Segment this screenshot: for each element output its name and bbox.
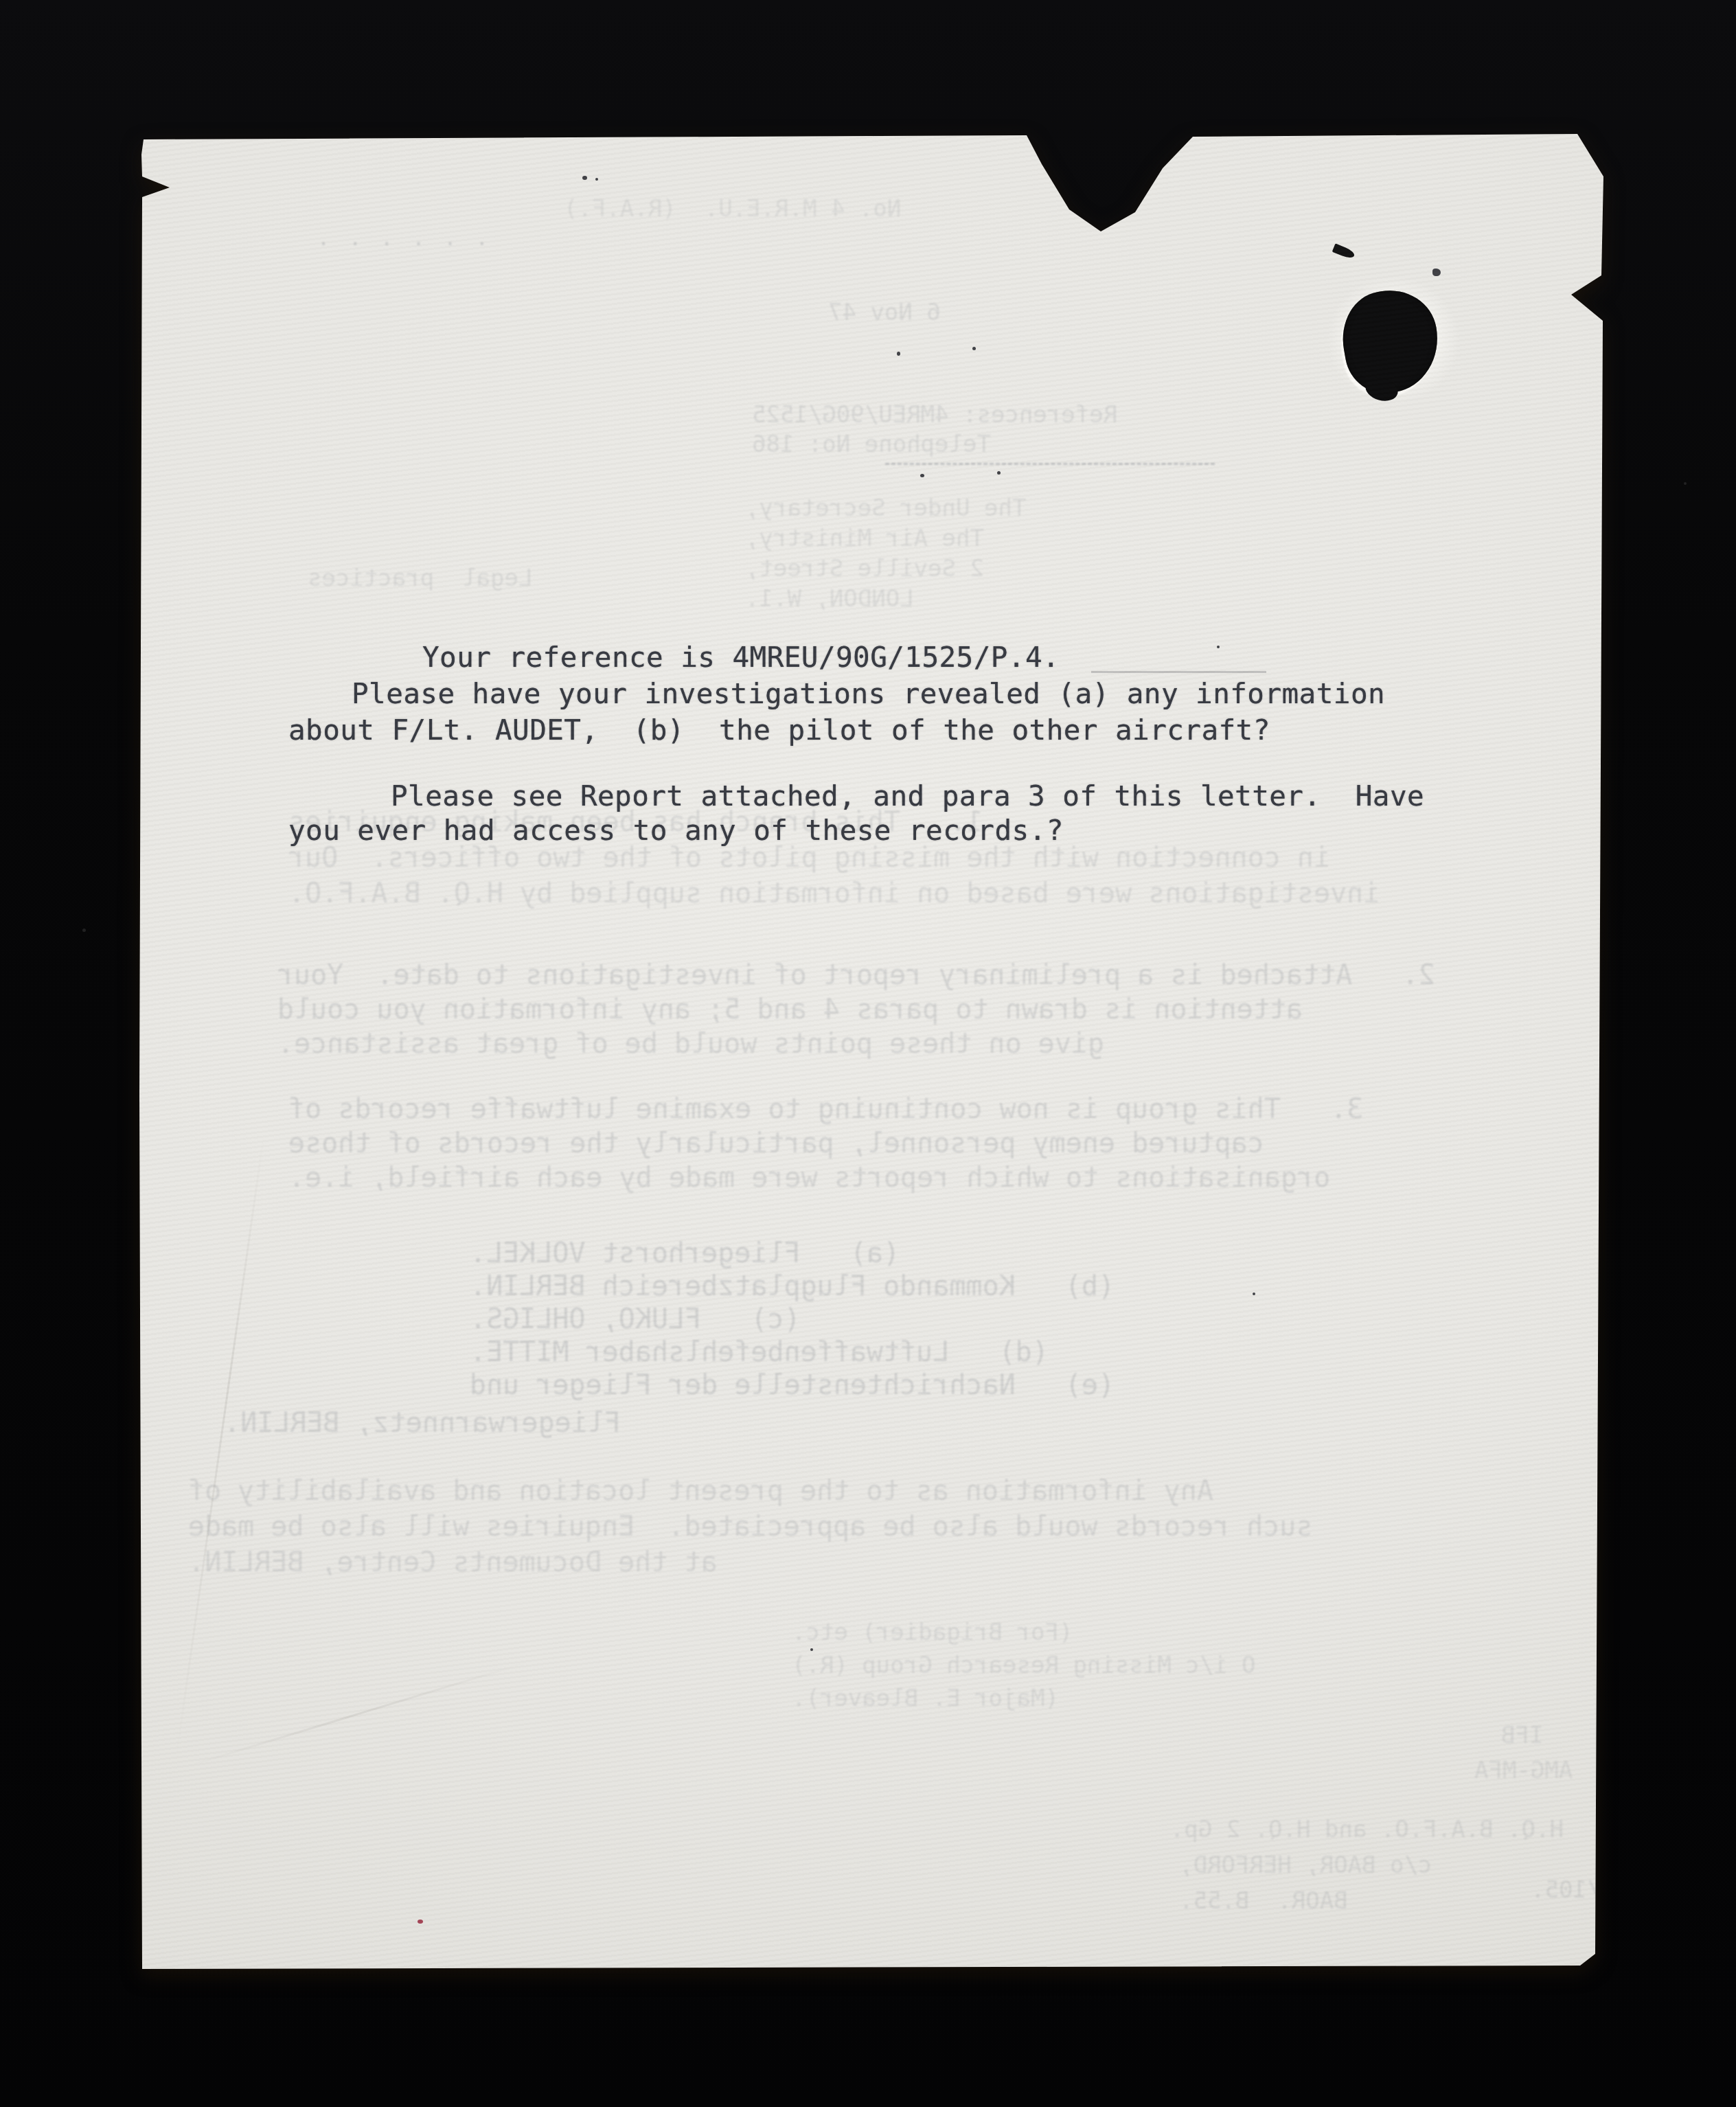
paper-speck <box>1432 269 1441 276</box>
paper-speck <box>810 1648 813 1651</box>
letter-page: No. 4 M.R.E.U. (R.A.F.) . . . . . . 6 No… <box>137 134 1604 1972</box>
bleedthrough-line: (Major E. Bleaver). <box>792 1687 1272 1710</box>
bleedthrough-line: such records would also be appreciated. … <box>188 1513 1459 1540</box>
bleedthrough-line: organisations to which reports were made… <box>288 1164 1490 1192</box>
red-ink-speck <box>418 1920 423 1924</box>
bleedthrough-line: give on these points would be of great a… <box>277 1030 1479 1058</box>
bleedthrough-line: Legal practices <box>308 567 733 590</box>
paper-crease <box>185 1661 527 1768</box>
bleedthrough-line: BAOR. B.55. <box>1179 1889 1564 1913</box>
typed-line: Please see Report attached, and para 3 o… <box>391 782 1424 810</box>
bleedthrough-line: 6 Nov 47 <box>828 301 1254 324</box>
bleedthrough-list-item: Fliegerwarnnetz, BERLIN. <box>224 1409 773 1437</box>
paper-speck <box>582 176 587 180</box>
bleedthrough-line: 3. This group is now continuing to exami… <box>288 1095 1490 1123</box>
bleedthrough-line: References: 4MREU/90G/1525 <box>752 403 1178 426</box>
paper-crease <box>175 1132 265 1758</box>
bleedthrough-list-item: (c) FLUKO, OHLIGS. <box>470 1306 1259 1333</box>
bleedthrough-line: AMG-MFA <box>1474 1759 1625 1782</box>
bleedthrough-line: 2 Seville Street, <box>745 557 1171 580</box>
paper-speck <box>897 352 900 356</box>
bleedthrough-underline <box>885 463 1215 465</box>
typed-line: about F/Lt. AUDET, (b) the pilot of the … <box>288 716 1270 744</box>
paper-speck <box>595 178 598 181</box>
bleedthrough-line: Any information as to the present locati… <box>188 1477 1459 1505</box>
bleedthrough-line: The Under Secretary, <box>745 497 1171 520</box>
scratch-mark <box>1091 671 1266 673</box>
photograph-backdrop: No. 4 M.R.E.U. (R.A.F.) . . . . . . 6 No… <box>0 0 1736 2107</box>
paper-speck <box>1253 1292 1255 1295</box>
paper-speck <box>972 347 976 350</box>
bleedthrough-line: O i/c Missing Research Group (R.) <box>792 1654 1272 1677</box>
paper-shadow-wrap: No. 4 M.R.E.U. (R.A.F.) . . . . . . 6 No… <box>0 0 1736 2107</box>
bleedthrough-line: attention is drawn to paras 4 and 5; any… <box>277 996 1479 1023</box>
bleedthrough-line: (For Brigadier) etc. <box>792 1621 1272 1644</box>
typed-line: Please have your investigations revealed… <box>352 680 1385 708</box>
bleedthrough-list-item: (b) Kommando Flugplatzbereich BERLIN. <box>470 1273 1259 1300</box>
bleedthrough-line: LONDON, W.1. <box>745 587 1171 611</box>
bleedthrough-line: at the Documents Centre, BERLIN. <box>188 1549 1459 1576</box>
bleedthrough-line: The Air Ministry, <box>745 527 1171 550</box>
bleedthrough-line: c/o BAOR, HERFORD, <box>1179 1854 1564 1877</box>
bleedthrough-list-item: (e) Nachrichtenstelle der Flieger und <box>470 1371 1259 1399</box>
typed-line: you ever had access to any of these reco… <box>288 817 1064 845</box>
bleedthrough-line: . . . . . . <box>314 229 534 249</box>
typed-line-reference: Your reference is 4MREU/90G/1525/P.4. <box>422 644 1060 672</box>
bleedthrough-line: Telephone No: 186 <box>752 433 1178 456</box>
bleedthrough-line: investigations were based on information… <box>288 880 1490 907</box>
bleedthrough-line: IFB <box>1501 1724 1604 1747</box>
bleedthrough-list-item: (d) Luftwaffenbefehlshaber MITTE. <box>470 1339 1259 1366</box>
bleedthrough-line: /105. <box>1531 1878 1620 1902</box>
bleedthrough-line: No. 4 M.R.E.U. (R.A.F.) <box>564 197 990 220</box>
bleedthrough-line: captured enemy personnel, particularly t… <box>288 1130 1490 1157</box>
bleedthrough-list-item: (a) Fliegerhorst VOLKEL. <box>470 1240 1259 1267</box>
paper-speck <box>997 471 1001 475</box>
bleedthrough-line: 2. Attached is a preliminary report of i… <box>277 961 1479 989</box>
paper-speck <box>1217 646 1220 648</box>
bleedthrough-line: in connection with the missing pilots of… <box>288 844 1490 872</box>
bleedthrough-line: H.Q. B.A.F.O. and H.Q. 2 Gp. <box>1179 1818 1564 1841</box>
paper-speck <box>920 474 924 477</box>
